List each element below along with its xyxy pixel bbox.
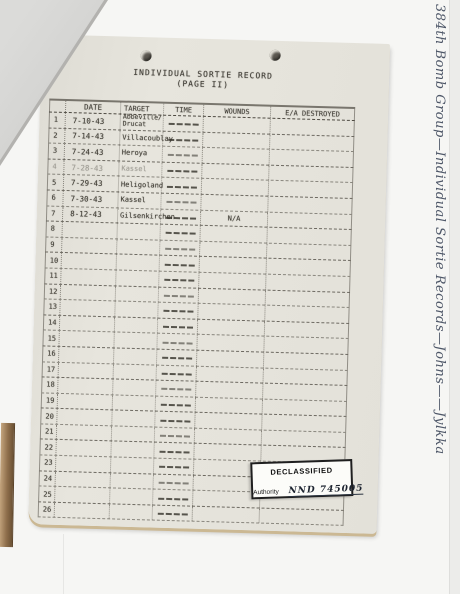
row-number-cell: 10 <box>45 253 62 268</box>
date-cell <box>55 487 109 503</box>
date-cell: 8-12-43 <box>63 207 117 223</box>
time-cell <box>161 178 201 194</box>
target-cell: Villacoublay <box>119 130 162 146</box>
row-number: 10 <box>50 256 59 264</box>
time-dash-line <box>168 139 198 142</box>
target-cell <box>115 286 158 302</box>
ea-destroyed-cell <box>261 430 346 447</box>
row-number-cell: 5 <box>47 175 64 190</box>
time-dash-line <box>162 326 192 329</box>
target-cell <box>113 348 156 364</box>
row-number: 24 <box>44 474 53 482</box>
ea-destroyed-cell <box>263 352 348 369</box>
time-dash-line <box>163 310 193 313</box>
wounds-value: N/A <box>228 214 241 222</box>
time-dash-line <box>165 248 195 251</box>
row-number-cell: 17 <box>42 362 59 377</box>
date-value: 8-12-43 <box>70 209 102 219</box>
time-dash-line <box>163 295 193 298</box>
target-cell: Kassel <box>118 161 161 177</box>
date-cell <box>61 284 115 300</box>
date-cell: 7-29-43 <box>64 175 118 191</box>
row-number: 21 <box>45 428 54 436</box>
time-dash-line <box>160 404 190 407</box>
wounds-cell <box>199 226 266 242</box>
target-value: Heroya <box>122 149 148 158</box>
row-number: 16 <box>47 350 56 358</box>
target-cell <box>111 426 154 442</box>
row-number-cell: 14 <box>43 315 60 330</box>
row-number: 7 <box>51 209 55 217</box>
date-cell <box>57 409 111 425</box>
wounds-cell <box>193 444 260 460</box>
time-dash-line <box>157 513 187 516</box>
target-value: Heligoland <box>121 180 163 189</box>
target-cell <box>116 255 159 271</box>
time-cell <box>153 459 193 475</box>
wounds-cell <box>192 506 259 522</box>
ea-destroyed-cell <box>264 321 349 338</box>
time-cell <box>156 365 196 381</box>
date-cell <box>56 471 110 487</box>
wounds-cell <box>202 132 269 148</box>
row-number-cell: 8 <box>45 222 62 237</box>
time-dash-line <box>159 466 189 469</box>
time-dash-line <box>164 263 194 266</box>
time-cell <box>155 381 195 397</box>
time-cell <box>156 334 196 350</box>
time-cell <box>152 474 192 490</box>
time-cell <box>158 272 198 288</box>
target-value: Kassel <box>120 196 146 205</box>
row-number: 15 <box>48 334 57 342</box>
time-cell <box>152 505 192 521</box>
ea-destroyed-cell <box>267 197 352 214</box>
time-dash-line <box>159 450 189 453</box>
row-number: 5 <box>52 178 56 186</box>
target-cell <box>111 411 154 427</box>
wounds-cell <box>195 397 262 413</box>
row-number-cell: 22 <box>39 440 56 455</box>
backing-crease-line <box>63 534 64 594</box>
time-cell <box>154 412 194 428</box>
backing-sheet-line <box>449 0 450 594</box>
target-cell <box>115 270 158 286</box>
wounds-cell <box>194 413 261 429</box>
time-cell <box>159 256 199 272</box>
ea-destroyed-cell <box>259 508 344 525</box>
time-cell <box>161 162 201 178</box>
target-cell <box>112 379 155 395</box>
row-number-cell: 6 <box>46 190 63 205</box>
time-dash-line <box>167 154 197 157</box>
date-cell <box>62 253 116 269</box>
time-dash-line <box>161 373 191 376</box>
wounds-cell <box>200 195 267 211</box>
row-number: 9 <box>50 241 54 249</box>
ea-destroyed-cell <box>263 337 348 354</box>
punch-hole-left <box>140 50 151 61</box>
time-dash-line <box>164 279 194 282</box>
ea-destroyed-cell <box>269 119 354 136</box>
row-number: 19 <box>46 397 55 405</box>
target-cell: Heroya <box>119 146 162 162</box>
time-dash-line <box>159 435 189 438</box>
row-number-cell: 24 <box>39 471 56 486</box>
date-cell <box>60 316 114 332</box>
row-number: 20 <box>45 412 54 420</box>
ea-destroyed-cell <box>262 399 347 416</box>
target-cell <box>110 442 153 458</box>
row-number-cell: 26 <box>38 502 55 517</box>
row-number: 22 <box>44 443 53 451</box>
row-number-cell: 21 <box>40 424 57 439</box>
authority-number-handwritten: NND 745005 <box>288 484 363 497</box>
time-cell <box>153 443 193 459</box>
time-cell <box>154 427 194 443</box>
row-number-cell: 16 <box>42 346 59 361</box>
ea-destroyed-cell <box>266 228 351 245</box>
target-cell <box>114 302 157 318</box>
row-number-cell: 11 <box>44 268 61 283</box>
date-cell <box>59 331 113 347</box>
target-value: Kassel <box>121 165 147 174</box>
row-number: 12 <box>49 287 58 295</box>
time-cell <box>160 209 200 225</box>
target-cell <box>116 224 159 240</box>
time-dash-line <box>165 232 195 235</box>
wounds-cell <box>196 351 263 367</box>
target-cell <box>110 457 153 473</box>
wounds-cell <box>201 179 268 195</box>
time-cell <box>162 147 202 163</box>
ea-destroyed-cell <box>269 134 354 151</box>
target-line2: Drucat <box>123 120 162 128</box>
date-cell <box>55 503 109 519</box>
time-cell <box>156 350 196 366</box>
row-number: 26 <box>43 506 52 514</box>
time-dash-line <box>162 357 192 360</box>
wounds-cell <box>201 164 268 180</box>
row-number: 6 <box>51 194 55 202</box>
target-cell <box>109 489 152 505</box>
book-page-edge <box>0 423 15 547</box>
time-cell <box>159 225 199 241</box>
scanned-document-view: INDIVIDUAL SORTIE RECORD (PAGE II) DATE … <box>0 0 460 594</box>
target-cell <box>116 239 159 255</box>
row-number-cell: 19 <box>41 393 58 408</box>
date-cell <box>58 378 112 394</box>
row-number-cell: 12 <box>44 284 61 299</box>
wounds-cell <box>202 148 269 164</box>
declassified-label: DECLASSIFIED <box>252 465 350 477</box>
ea-destroyed-cell <box>262 384 347 401</box>
overlapping-sheet-corner <box>0 0 108 166</box>
target-cell <box>113 364 156 380</box>
time-dash-line <box>162 341 192 344</box>
wounds-cell <box>194 429 261 445</box>
time-cell <box>157 318 197 334</box>
target-cell <box>110 473 153 489</box>
wounds-cell <box>192 475 259 491</box>
wounds-cell <box>198 273 265 289</box>
row-number: 17 <box>47 365 56 373</box>
punch-hole-right <box>269 50 280 61</box>
declassified-stamp: DECLASSIFIED Authority NND 745005 <box>250 459 353 499</box>
row-number: 18 <box>46 381 55 389</box>
scanner-backing-edge <box>450 0 460 594</box>
time-cell <box>158 287 198 303</box>
ea-destroyed-cell <box>267 212 352 229</box>
time-dash-line <box>167 170 197 173</box>
row-number-cell: 7 <box>46 206 63 221</box>
date-cell <box>59 347 113 363</box>
time-cell <box>160 194 200 210</box>
ea-destroyed-cell <box>268 181 353 198</box>
date-cell <box>62 222 116 238</box>
header-wounds: WOUNDS <box>203 105 270 118</box>
wounds-cell <box>199 242 266 258</box>
wounds-cell <box>199 257 266 273</box>
ea-destroyed-cell <box>266 243 351 260</box>
row-number: 25 <box>43 490 52 498</box>
time-dash-line <box>168 123 198 126</box>
wounds-cell <box>195 382 262 398</box>
row-number-cell: 18 <box>41 377 58 392</box>
authority-line: Authority NND 745005 <box>253 476 352 498</box>
date-cell <box>61 269 115 285</box>
row-number-cell: 15 <box>42 331 59 346</box>
ea-destroyed-cell <box>264 306 349 323</box>
handwritten-archive-label: 384th Bomb Group—Individual Sortie Recor… <box>411 4 447 519</box>
time-dash-line <box>160 419 190 422</box>
time-cell <box>155 396 195 412</box>
target-cell: Gilsenkirchen <box>117 208 160 224</box>
row-number-cell: 20 <box>40 409 57 424</box>
date-value: 7-30-43 <box>70 194 102 204</box>
wounds-cell <box>197 319 264 335</box>
wounds-cell <box>192 491 259 507</box>
time-dash-line <box>166 201 196 204</box>
time-dash-line <box>158 482 188 485</box>
row-number: 14 <box>48 319 57 327</box>
wounds-cell <box>196 366 263 382</box>
row-number-cell: 13 <box>43 300 60 315</box>
ea-destroyed-cell <box>268 165 353 182</box>
date-cell <box>56 456 110 472</box>
target-cell <box>113 333 156 349</box>
ea-destroyed-cell <box>262 368 347 385</box>
row-number: 8 <box>51 225 55 233</box>
wounds-cell <box>196 335 263 351</box>
date-cell <box>58 394 112 410</box>
time-cell <box>162 131 202 147</box>
wounds-cell: N/A <box>200 210 267 226</box>
row-number-cell: 9 <box>45 237 62 252</box>
row-number: 23 <box>44 459 53 467</box>
time-cell <box>159 240 199 256</box>
target-cell <box>114 317 157 333</box>
date-cell <box>59 362 113 378</box>
wounds-cell <box>197 304 264 320</box>
target-cell: Heligoland <box>118 177 161 193</box>
date-cell <box>57 425 111 441</box>
ea-destroyed-cell <box>265 290 350 307</box>
ea-destroyed-cell <box>265 275 350 292</box>
date-cell <box>62 238 116 254</box>
time-cell <box>163 116 203 132</box>
target-cell <box>109 504 152 520</box>
target-cell: Abbeville/Drucat <box>120 114 163 130</box>
date-cell <box>56 440 110 456</box>
header-ea-destroyed: E/A DESTROYED <box>270 107 355 120</box>
ea-destroyed-cell <box>261 415 346 432</box>
target-cell <box>112 395 155 411</box>
time-cell <box>157 303 197 319</box>
row-number: 13 <box>48 303 57 311</box>
row-number-cell: 25 <box>38 487 55 502</box>
wounds-cell <box>202 117 269 133</box>
authority-label: Authority <box>253 488 279 496</box>
time-dash-line <box>161 388 191 391</box>
time-dash-line <box>166 185 196 188</box>
ea-destroyed-cell <box>266 259 351 276</box>
ea-destroyed-cell <box>269 150 354 167</box>
row-number-cell: 23 <box>39 455 56 470</box>
date-value: 7-29-43 <box>71 178 103 188</box>
date-cell: 7-30-43 <box>63 191 117 207</box>
time-cell <box>152 490 192 506</box>
date-cell <box>60 300 114 316</box>
time-dash-line <box>158 497 188 500</box>
header-time: TIME <box>163 104 203 116</box>
wounds-cell <box>198 288 265 304</box>
time-dash-line <box>166 217 196 220</box>
row-number: 11 <box>49 272 58 280</box>
target-value: Abbeville/Drucat <box>123 114 162 128</box>
target-cell: Kassel <box>117 192 160 208</box>
